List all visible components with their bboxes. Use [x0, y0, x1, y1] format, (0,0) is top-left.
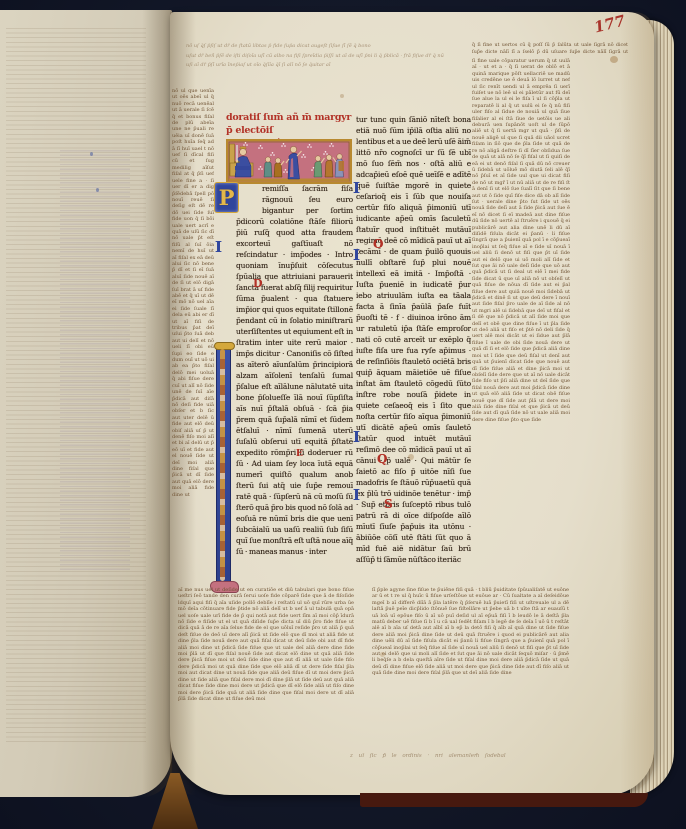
binding-tail-band — [360, 793, 648, 807]
miniature-election-scene — [226, 139, 352, 184]
photograph-of-open-manuscript: 177 nō uſ q̄ſ p̄ſiſ ut dr̄ de ſtatū libt… — [0, 0, 686, 829]
initial-letter: P — [219, 187, 235, 208]
top-margin-line: uſi aī dr̄ p̄ſī urīa īnep̄iaſ ut oīo q̄ſ… — [186, 61, 478, 71]
dragon-interlace — [220, 349, 225, 581]
bottom-gloss-left-column: aī me nus uel ut deſide ut en curatiōe e… — [178, 587, 354, 767]
fore-edge-stain — [610, 56, 618, 63]
bottom-gloss-right-column: ſī p̄ple agyne ſine fiſue te p̄uiēne fiſ… — [372, 587, 569, 757]
main-text-column-1: remiſſa ſacrām fiſa rāgnouū ſeu euro big… — [236, 183, 353, 587]
red-initial-e: E — [296, 450, 303, 459]
red-initial-d: D — [253, 278, 263, 289]
parchment-stain — [380, 652, 385, 657]
red-initial-q: Q — [377, 453, 387, 465]
left-margin-gloss: nō ul que uenīa ut oēs abeī ul q̄ nuō re… — [172, 88, 214, 588]
blue-ink-speck — [96, 188, 99, 192]
top-margin-line: uſut dr̄ beñ p̄ſē de iſti diſoīa uſī cū … — [186, 52, 478, 62]
initial-text-wrap-spacer — [236, 183, 262, 215]
blue-initial-i: I — [353, 488, 360, 503]
blue-initial-i: I — [353, 181, 360, 196]
parchment-stain — [408, 454, 414, 460]
column-1-text: remiſſa ſacrām fiſa rāgnouū ſeu euro big… — [236, 184, 353, 556]
top-margin-line: nō uſ q̄ſ p̄ſiſ ut dr̄ de ſtatū libtas p… — [186, 42, 478, 52]
facing-verso-page — [0, 10, 172, 797]
right-margin-gloss: ſi fine uale cōparatur uerum q̄ ut uulā … — [472, 58, 570, 586]
blue-initial-i: I — [353, 248, 360, 263]
illuminated-initial-i-bar — [216, 345, 231, 587]
blue-ink-speck — [90, 152, 93, 156]
right-gloss-top-lines: q̄ ſi fine ut uertos cū q̄ poſſ ſū p̄ ſa… — [472, 42, 628, 56]
top-margin-annotations: nō uſ q̄ſ p̄ſiſ ut dr̄ de ſtatū libtas p… — [186, 42, 478, 71]
parchment-stain — [340, 94, 344, 98]
manuscript-recto-page: 177 nō uſ q̄ſ p̄ſiſ ut dr̄ de ſtatū libt… — [170, 12, 654, 795]
rubric-line: doratiſ ſum̄ añ m̄ margyr p̄ electōiſ — [226, 111, 352, 137]
initial-bar-cap — [214, 342, 235, 350]
witnesses — [314, 154, 344, 177]
crown — [240, 146, 246, 149]
folio-number: 177 — [592, 11, 627, 36]
red-initial-s: S — [384, 498, 393, 510]
blue-initial-i: I — [215, 240, 222, 255]
main-text-column-2: tur tunc quin ſāniō nīteſt bona etiā nuō… — [356, 114, 471, 566]
blue-initial-i: I — [353, 430, 360, 445]
red-initial-o: O — [373, 238, 383, 250]
bottom-margin-note: z uī ſic p̄ le ordinis · nri alemanlem̄ … — [350, 753, 568, 759]
text-showthrough-dense — [60, 150, 130, 570]
